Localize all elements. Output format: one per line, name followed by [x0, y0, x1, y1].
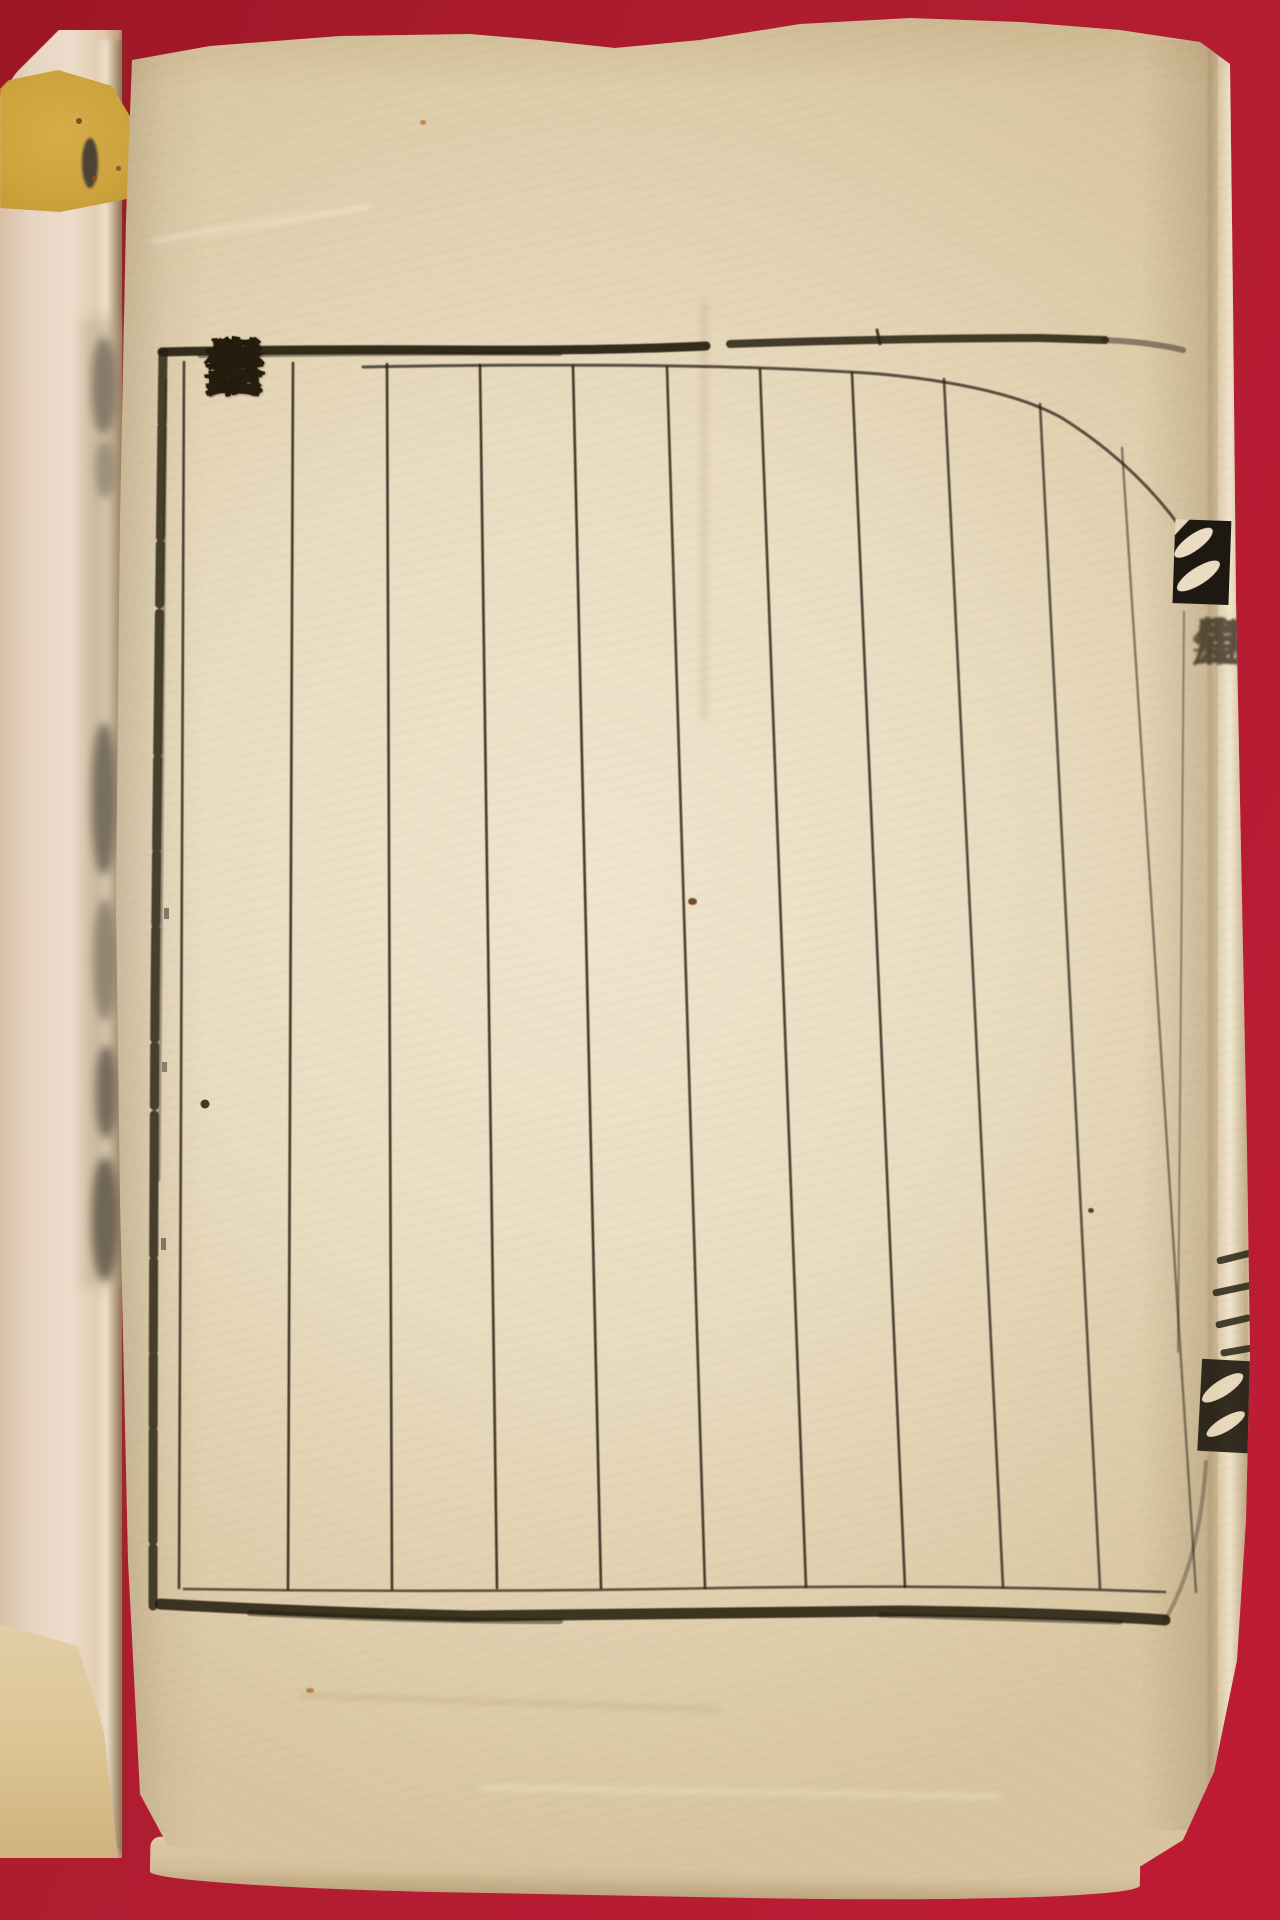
- fishtail-ornament-lower: [1195, 1359, 1256, 1454]
- felt-corner: [0, 0, 60, 100]
- ink-smudge: [96, 440, 114, 498]
- ink-smudge: [92, 724, 116, 874]
- fold-title-char: 譜: [1196, 605, 1249, 681]
- folio-number-marks: [1212, 1249, 1255, 1357]
- ink-blotches: [161, 908, 210, 1250]
- printed-frame: [0, 0, 1280, 1920]
- book-photo: 眉 叟 先 生 年 譜 卷 之 三 眉 叟 先 生 年 譜: [0, 0, 1280, 1920]
- fold-partial-title: 眉 叟 先 生 年 譜: [1192, 606, 1252, 1056]
- volume-end-title: 眉 叟 先 生 年 譜 卷 之 三: [200, 338, 266, 898]
- title-char: 三: [204, 341, 262, 396]
- frame-lines: [153, 330, 1206, 1622]
- brown-speck: [306, 1688, 314, 1693]
- ink-smudge: [92, 1158, 118, 1280]
- brown-speck: [688, 898, 697, 905]
- ink-smudge: [94, 900, 116, 1020]
- ink-smudge: [96, 1046, 116, 1138]
- brown-speck: [1088, 1208, 1094, 1213]
- stain-speck: [92, 176, 97, 181]
- brown-speck: [420, 120, 426, 125]
- stain-speck: [76, 118, 82, 124]
- book-page: 眉 叟 先 生 年 譜 卷 之 三 眉 叟 先 生 年 譜: [0, 0, 1280, 1920]
- stain-speck: [116, 166, 121, 171]
- ink-smudge: [92, 338, 116, 434]
- fishtail-ornament-upper: [1168, 519, 1231, 605]
